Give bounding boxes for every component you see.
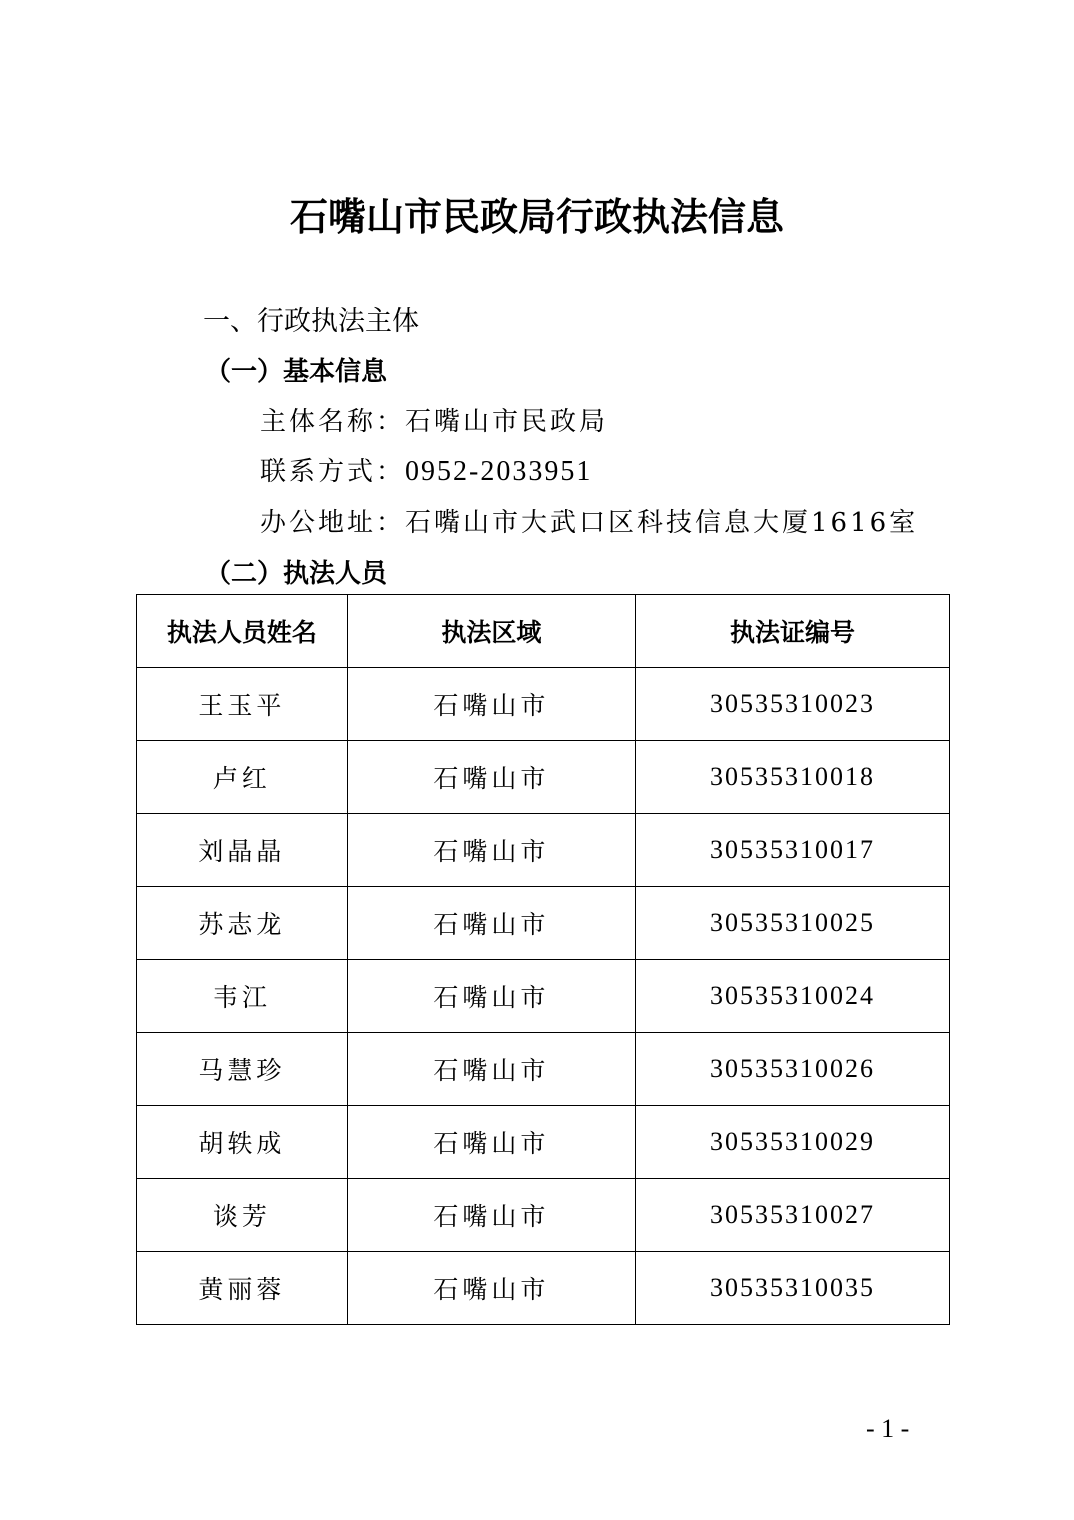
cell-certificate-number: 30535310029 [636, 1106, 950, 1179]
cell-region: 石嘴山市 [347, 1033, 635, 1106]
cell-name: 谈芳 [137, 1179, 348, 1252]
cell-certificate-number: 30535310027 [636, 1179, 950, 1252]
info-subject-name: 主体名称：石嘴山市民政局 [260, 402, 608, 442]
cell-certificate-number: 30535310017 [636, 814, 950, 887]
cell-certificate-number: 30535310035 [636, 1252, 950, 1325]
cell-region: 石嘴山市 [347, 814, 635, 887]
document-title: 石嘴山市民政局行政执法信息 [0, 192, 1074, 242]
header-certificate-number: 执法证编号 [636, 595, 950, 668]
cell-certificate-number: 30535310026 [636, 1033, 950, 1106]
cell-region: 石嘴山市 [347, 887, 635, 960]
cell-name: 黄丽蓉 [137, 1252, 348, 1325]
enforcement-personnel-table: 执法人员姓名 执法区域 执法证编号 王玉平 石嘴山市 30535310023 卢… [136, 594, 950, 1325]
field-value: 0952-2033951 [405, 456, 592, 487]
field-label: 主体名称： [260, 407, 405, 437]
info-contact: 联系方式：0952-2033951 [260, 452, 592, 492]
cell-name: 胡轶成 [137, 1106, 348, 1179]
section-heading-enforcement-subject: 一、行政执法主体 [203, 302, 419, 342]
table-row: 刘晶晶 石嘴山市 30535310017 [137, 814, 950, 887]
cell-region: 石嘴山市 [347, 1106, 635, 1179]
cell-name: 苏志龙 [137, 887, 348, 960]
table-row: 韦江 石嘴山市 30535310024 [137, 960, 950, 1033]
table-header-row: 执法人员姓名 执法区域 执法证编号 [137, 595, 950, 668]
cell-region: 石嘴山市 [347, 741, 635, 814]
cell-region: 石嘴山市 [347, 960, 635, 1033]
field-value: 石嘴山市民政局 [405, 407, 608, 437]
table-row: 卢红 石嘴山市 30535310018 [137, 741, 950, 814]
header-region: 执法区域 [347, 595, 635, 668]
cell-region: 石嘴山市 [347, 1179, 635, 1252]
field-label: 办公地址： [260, 508, 405, 538]
cell-certificate-number: 30535310024 [636, 960, 950, 1033]
page-number: - 1 - [866, 1414, 909, 1444]
cell-name: 王玉平 [137, 668, 348, 741]
field-value: 石嘴山市大武口区科技信息大厦1616室 [405, 508, 918, 538]
cell-name: 韦江 [137, 960, 348, 1033]
subsection-heading-enforcement-personnel: （二）执法人员 [205, 554, 387, 594]
info-office-address: 办公地址：石嘴山市大武口区科技信息大厦1616室 [260, 503, 918, 543]
cell-name: 马慧珍 [137, 1033, 348, 1106]
table-row: 谈芳 石嘴山市 30535310027 [137, 1179, 950, 1252]
cell-name: 卢红 [137, 741, 348, 814]
header-name: 执法人员姓名 [137, 595, 348, 668]
table-row: 黄丽蓉 石嘴山市 30535310035 [137, 1252, 950, 1325]
cell-region: 石嘴山市 [347, 668, 635, 741]
cell-certificate-number: 30535310018 [636, 741, 950, 814]
table-row: 胡轶成 石嘴山市 30535310029 [137, 1106, 950, 1179]
cell-certificate-number: 30535310025 [636, 887, 950, 960]
table-row: 马慧珍 石嘴山市 30535310026 [137, 1033, 950, 1106]
cell-region: 石嘴山市 [347, 1252, 635, 1325]
subsection-heading-basic-info: （一）基本信息 [205, 352, 387, 392]
table-row: 苏志龙 石嘴山市 30535310025 [137, 887, 950, 960]
cell-certificate-number: 30535310023 [636, 668, 950, 741]
field-label: 联系方式： [260, 457, 405, 487]
cell-name: 刘晶晶 [137, 814, 348, 887]
table-row: 王玉平 石嘴山市 30535310023 [137, 668, 950, 741]
